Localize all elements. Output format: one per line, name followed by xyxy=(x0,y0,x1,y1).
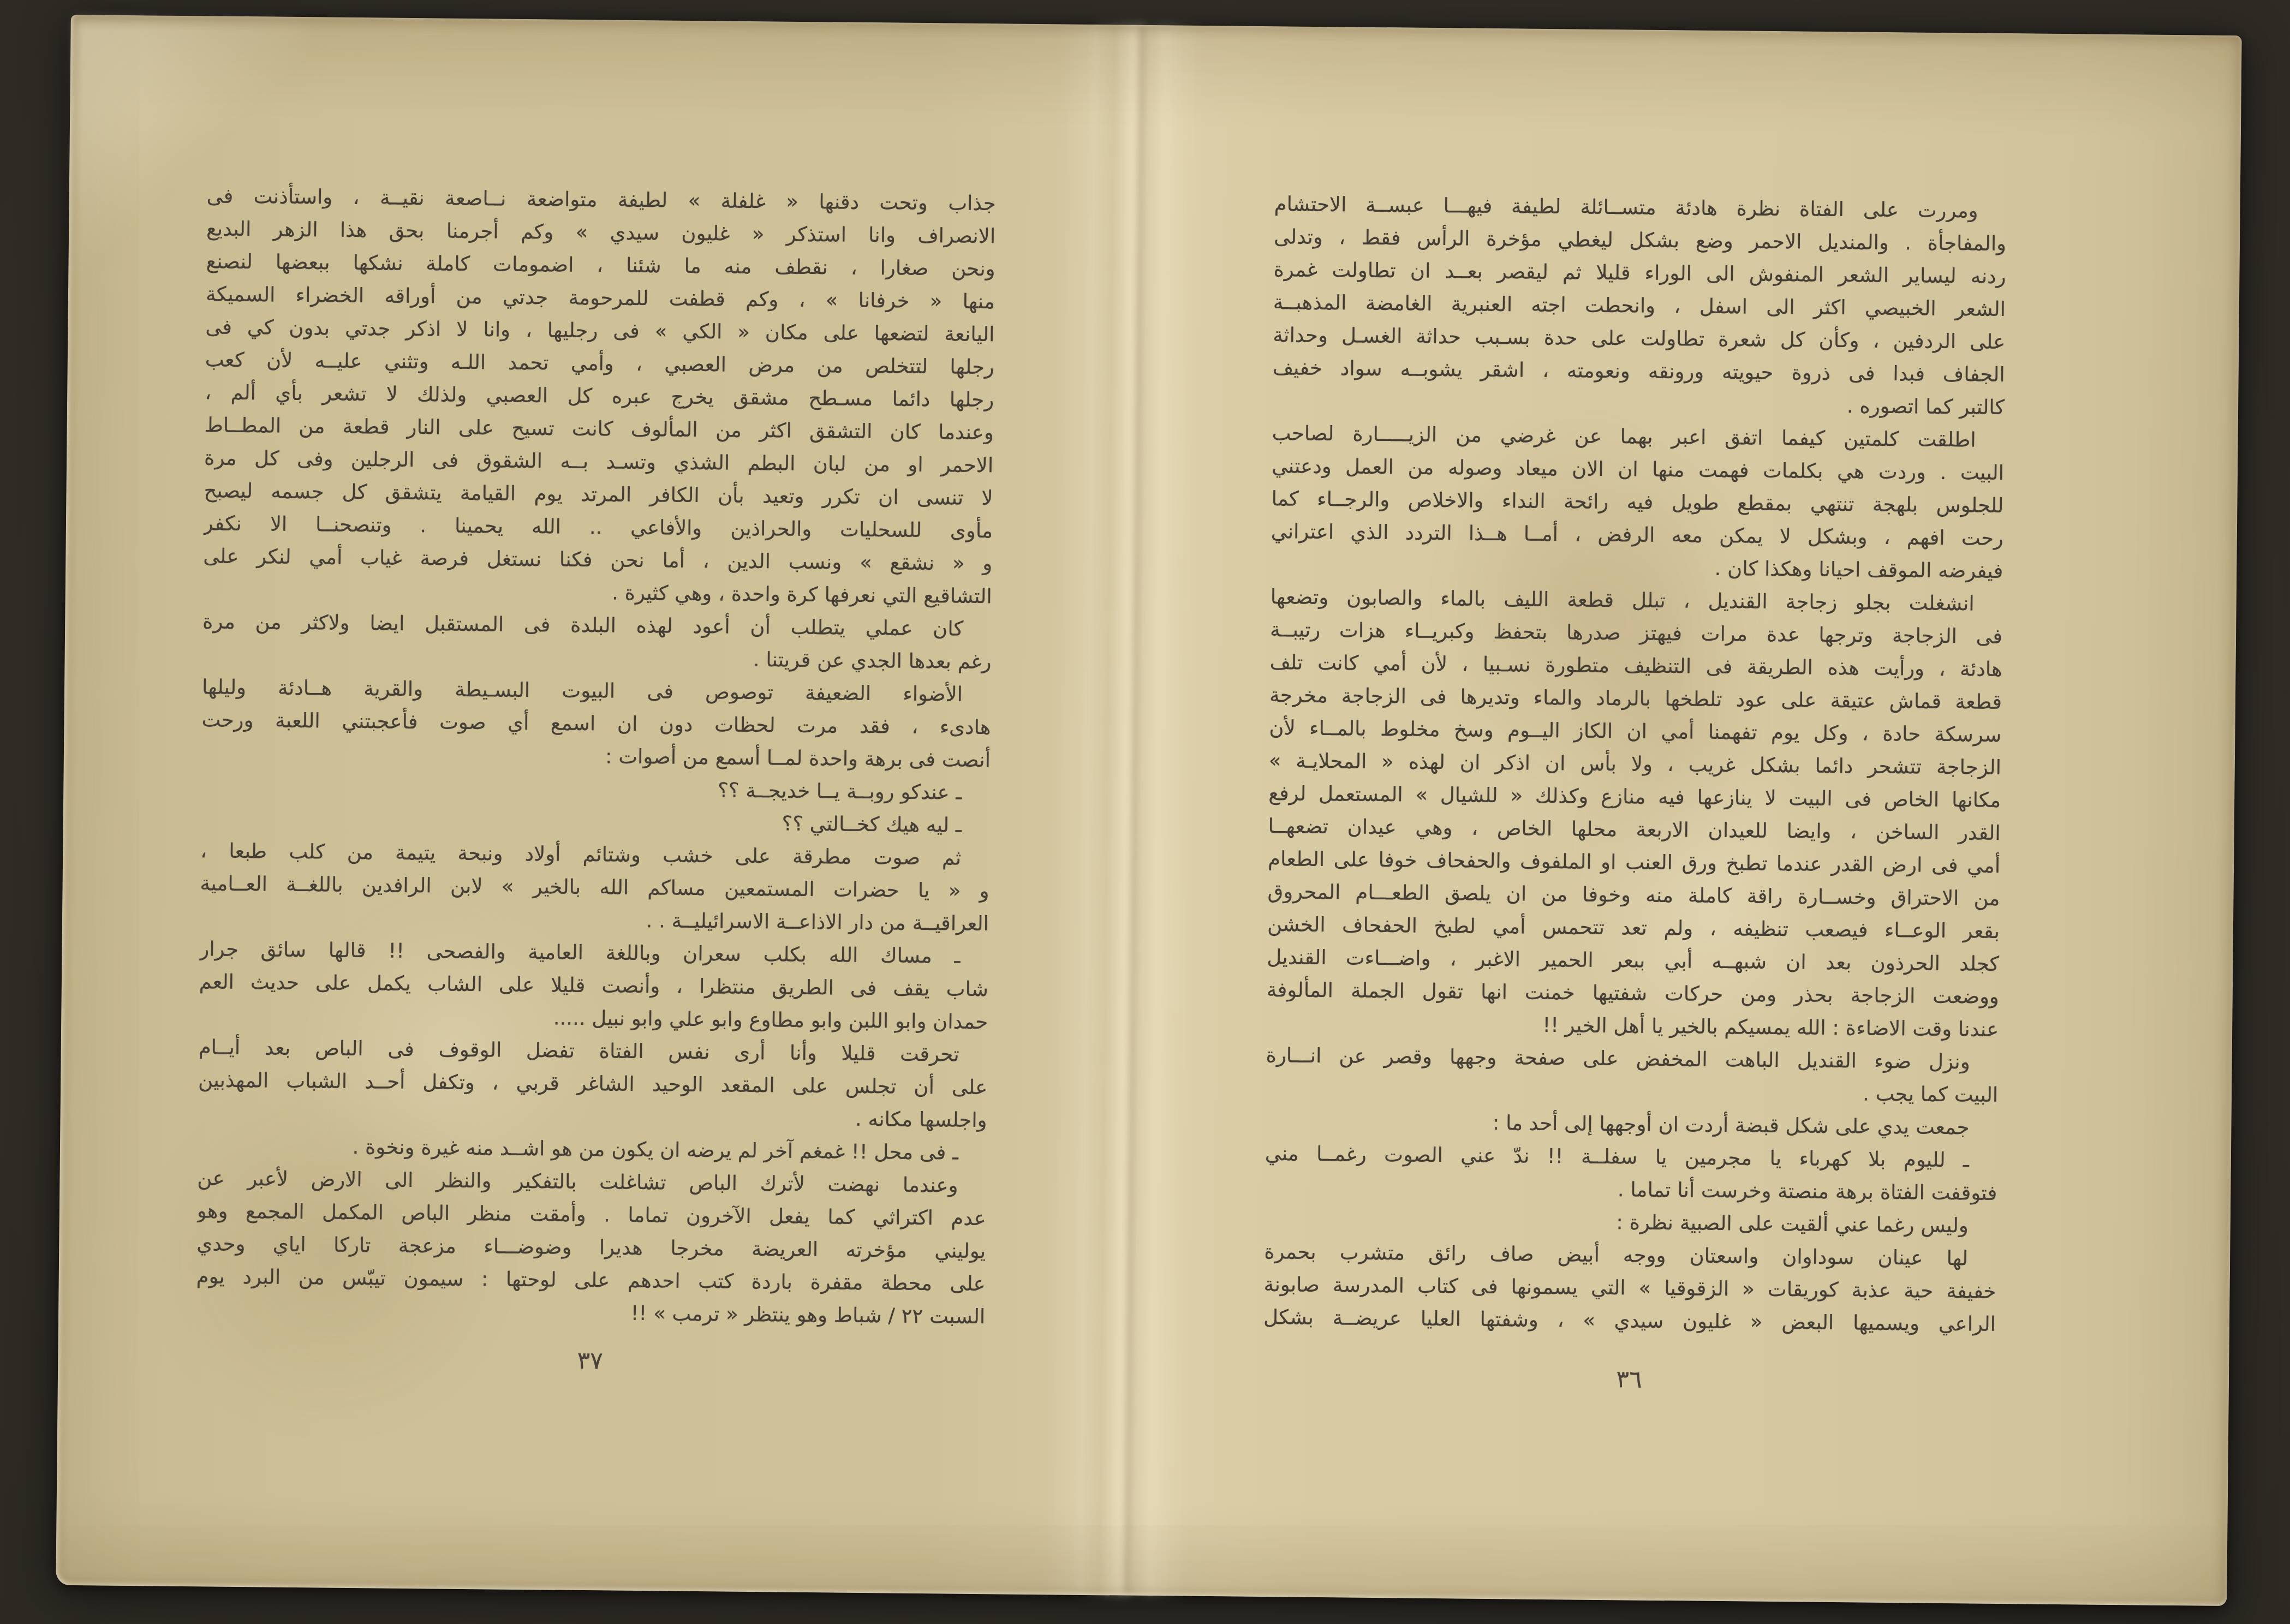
page-right-text: ومررت على الفتاة نظرة هادئة متســائلة لط… xyxy=(1263,188,2007,1341)
text-line: السبت ٢٢ / شباط وهو ينتظر « ترمب » !! xyxy=(196,1293,986,1333)
page-number-left: ٣٧ xyxy=(195,1343,985,1378)
text-line: الجفاف فبدا فى ذروة حيويته ورونقه ونعومت… xyxy=(1273,351,2006,391)
gutter-fold-crease xyxy=(1124,25,1145,1596)
book-spread: جذاب وتحت دقنها « غلفلة » لطيفة متواضعة … xyxy=(56,15,2241,1606)
gutter-highlight xyxy=(1075,25,1200,1596)
page-right: ومررت على الفتاة نظرة هادئة متســائلة لط… xyxy=(56,15,71,1585)
text-line: رحت افهم ، وبشكل لا يمكن معه الرفض ، أمـ… xyxy=(1271,515,2004,555)
page-left: جذاب وتحت دقنها « غلفلة » لطيفة متواضعة … xyxy=(56,15,71,1585)
text-line: الراعي ويسميها البعض « غليون سيدي » ، وش… xyxy=(1263,1301,1996,1341)
page-left-text: جذاب وتحت دقنها « غلفلة » لطيفة متواضعة … xyxy=(196,180,996,1333)
text-line: ونزل ضوء القنديل الباهت المخفض على صفحة … xyxy=(1266,1039,1999,1079)
page-number-right: ٣٦ xyxy=(1263,1362,1995,1397)
